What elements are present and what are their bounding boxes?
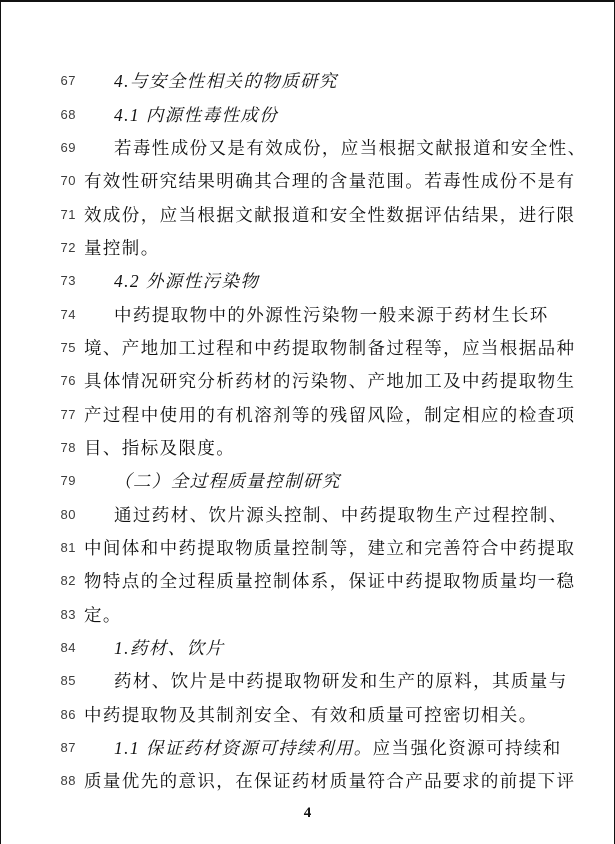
document-line: 70有效性研究结果明确其合理的含量范围。若毒性成份不是有: [1, 164, 614, 197]
page-number: 4: [304, 805, 312, 821]
page-footer: 4: [1, 804, 614, 822]
document-line: 871.1 保证药材资源可持续利用。应当强化资源可持续和: [1, 731, 614, 764]
document-line: 674.与安全性相关的物质研究: [1, 64, 614, 97]
line-text: 效成份，应当根据文献报道和安全性数据评估结果，进行限: [84, 202, 575, 227]
line-number: 87: [1, 740, 76, 755]
line-text: 若毒性成份又是有效成份，应当根据文献报道和安全性、: [84, 135, 587, 160]
document-line: 79（二）全过程质量控制研究: [1, 464, 614, 497]
line-number: 84: [1, 640, 76, 655]
line-number: 85: [1, 673, 76, 688]
line-number: 79: [1, 473, 76, 488]
line-text: 4.1 内源性毒性成份: [84, 102, 278, 127]
line-text: 量控制。: [84, 235, 160, 260]
line-number: 80: [1, 507, 76, 522]
line-text: （二）全过程质量控制研究: [84, 468, 341, 493]
line-text: 中药提取物及其制剂安全、有效和质量可控密切相关。: [84, 702, 538, 727]
document-line: 86中药提取物及其制剂安全、有效和质量可控密切相关。: [1, 698, 614, 731]
document-line: 71效成份，应当根据文献报道和安全性数据评估结果，进行限: [1, 197, 614, 230]
document-lines: 674.与安全性相关的物质研究684.1 内源性毒性成份69若毒性成份又是有效成…: [1, 2, 614, 798]
line-text: 中间体和中药提取物质量控制等，建立和完善符合中药提取: [84, 535, 575, 560]
line-text-heading-lead: 1.1 保证药材资源可持续利用。: [114, 738, 373, 758]
line-text: 通过药材、饮片源头控制、中药提取物生产过程控制、: [84, 502, 568, 527]
document-line: 81中间体和中药提取物质量控制等，建立和完善符合中药提取: [1, 531, 614, 564]
line-number: 74: [1, 307, 76, 322]
document-line: 83定。: [1, 598, 614, 631]
document-line: 684.1 内源性毒性成份: [1, 97, 614, 130]
line-number: 77: [1, 407, 76, 422]
line-number: 76: [1, 373, 76, 388]
line-text: 目、指标及限度。: [84, 435, 235, 460]
line-text: 1.1 保证药材资源可持续利用。应当强化资源可持续和: [84, 735, 562, 760]
line-text: 境、产地加工过程和中药提取物制备过程等，应当根据品种: [84, 335, 575, 360]
line-number: 68: [1, 107, 76, 122]
line-number: 72: [1, 240, 76, 255]
line-text: 4.与安全性相关的物质研究: [84, 68, 338, 93]
line-number: 69: [1, 140, 76, 155]
document-line: 80通过药材、饮片源头控制、中药提取物生产过程控制、: [1, 497, 614, 530]
line-number: 70: [1, 173, 76, 188]
line-number: 86: [1, 707, 76, 722]
document-line: 841.药材、饮片: [1, 631, 614, 664]
line-number: 73: [1, 273, 76, 288]
document-line: 76具体情况研究分析药材的污染物、产地加工及中药提取物生: [1, 364, 614, 397]
document-page: 674.与安全性相关的物质研究684.1 内源性毒性成份69若毒性成份又是有效成…: [0, 0, 615, 844]
document-line: 74中药提取物中的外源性污染物一般来源于药材生长环: [1, 297, 614, 330]
line-number: 83: [1, 607, 76, 622]
line-text: 药材、饮片是中药提取物研发和生产的原料，其质量与: [84, 668, 568, 693]
document-line: 69若毒性成份又是有效成份，应当根据文献报道和安全性、: [1, 131, 614, 164]
line-number: 81: [1, 540, 76, 555]
line-number: 78: [1, 440, 76, 455]
line-number: 82: [1, 573, 76, 588]
document-line: 85药材、饮片是中药提取物研发和生产的原料，其质量与: [1, 664, 614, 697]
line-number: 71: [1, 207, 76, 222]
line-text: 有效性研究结果明确其合理的含量范围。若毒性成份不是有: [84, 168, 575, 193]
document-line: 734.2 外源性污染物: [1, 264, 614, 297]
line-number: 67: [1, 73, 76, 88]
line-text: 定。: [84, 602, 122, 627]
line-text: 4.2 外源性污染物: [84, 268, 259, 293]
document-line: 75境、产地加工过程和中药提取物制备过程等，应当根据品种: [1, 331, 614, 364]
line-text-body: 应当强化资源可持续和: [373, 738, 562, 758]
line-number: 88: [1, 773, 76, 788]
line-number: 75: [1, 340, 76, 355]
document-line: 78目、指标及限度。: [1, 431, 614, 464]
document-line: 82物特点的全过程质量控制体系，保证中药提取物质量均一稳: [1, 564, 614, 597]
line-text: 质量优先的意识，在保证药材质量符合产品要求的前提下评: [84, 768, 575, 793]
line-text: 1.药材、饮片: [84, 635, 224, 660]
document-line: 77产过程中使用的有机溶剂等的残留风险，制定相应的检查项: [1, 397, 614, 430]
line-text: 产过程中使用的有机溶剂等的残留风险，制定相应的检查项: [84, 402, 575, 427]
document-line: 72量控制。: [1, 231, 614, 264]
line-text: 具体情况研究分析药材的污染物、产地加工及中药提取物生: [84, 368, 575, 393]
line-text: 物特点的全过程质量控制体系，保证中药提取物质量均一稳: [84, 568, 575, 593]
document-line: 88质量优先的意识，在保证药材质量符合产品要求的前提下评: [1, 764, 614, 797]
line-text: 中药提取物中的外源性污染物一般来源于药材生长环: [84, 302, 549, 327]
